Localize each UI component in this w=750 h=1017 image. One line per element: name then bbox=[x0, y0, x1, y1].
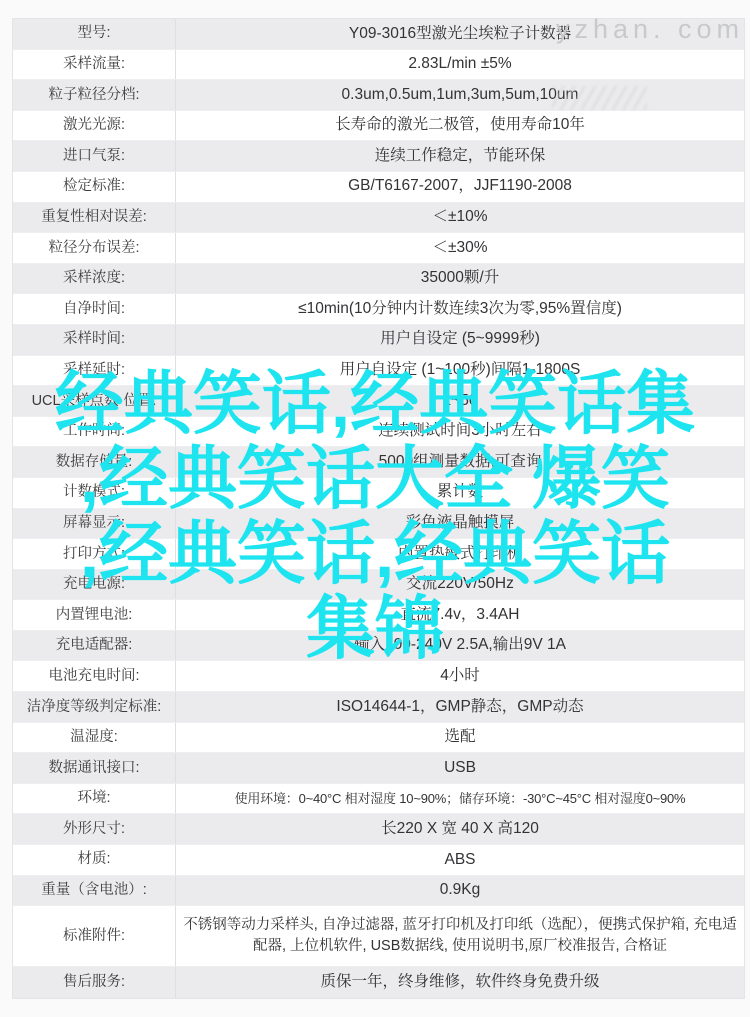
row-label: 外形尺寸: bbox=[13, 814, 176, 844]
row-label: 型号: bbox=[13, 19, 176, 49]
table-row: 材质:ABS bbox=[13, 845, 744, 876]
row-value: 质保一年，终身维修，软件终身免费升级 bbox=[176, 967, 744, 998]
row-label: 粒径分布误差: bbox=[13, 233, 176, 263]
row-label: 数据通讯接口: bbox=[13, 753, 176, 783]
row-value: 0.3um,0.5um,1um,3um,5um,10um bbox=[176, 80, 744, 110]
row-value: 不锈钢等动力采样头, 自净过滤器, 蓝牙打印机及打印纸（选配），便携式保护箱, … bbox=[176, 906, 744, 966]
row-label: 采样流量: bbox=[13, 50, 176, 80]
row-label: 粒子粒径分档: bbox=[13, 80, 176, 110]
table-row: 激光光源:长寿命的激光二极管，使用寿命10年 bbox=[13, 111, 744, 142]
row-value: 连续工作稳定，节能环保 bbox=[176, 141, 744, 171]
row-value: 选配 bbox=[176, 723, 744, 753]
table-row: 采样流量:2.83L/min ±5% bbox=[13, 50, 744, 81]
row-value: GB/T6167-2007，JJF1190-2008 bbox=[176, 172, 744, 202]
row-label: 环境: bbox=[13, 784, 176, 814]
row-label: 采样时间: bbox=[13, 325, 176, 355]
row-value: ABS bbox=[176, 845, 744, 875]
overlay-line: ,经典笑话,经典笑话 bbox=[0, 516, 750, 591]
row-value: ＜±30% bbox=[176, 233, 744, 263]
row-value: 长220 X 宽 40 X 高120 bbox=[176, 814, 744, 844]
row-label: 采样浓度: bbox=[13, 264, 176, 294]
table-row: 重复性相对误差:＜±10% bbox=[13, 203, 744, 234]
table-row: 粒径分布误差:＜±30% bbox=[13, 233, 744, 264]
row-label: 材质: bbox=[13, 845, 176, 875]
overlay-line: ,经典笑话大全 爆笑 bbox=[0, 441, 750, 516]
row-value: USB bbox=[176, 753, 744, 783]
overlay-line: 集锦 bbox=[0, 591, 750, 666]
row-label: 自净时间: bbox=[13, 294, 176, 324]
overlay-line: 经典笑话,经典笑话集 bbox=[0, 366, 750, 441]
table-row: 采样浓度:35000颗/升 bbox=[13, 264, 744, 295]
table-row: 进口气泵:连续工作稳定，节能环保 bbox=[13, 141, 744, 172]
row-value: ≤10min(10分钟内计数连续3次为零,95%置信度) bbox=[176, 294, 744, 324]
table-row: 标准附件:不锈钢等动力采样头, 自净过滤器, 蓝牙打印机及打印纸（选配），便携式… bbox=[13, 906, 744, 967]
row-label: 售后服务: bbox=[13, 967, 176, 998]
table-row: 重量（含电池）:0.9Kg bbox=[13, 876, 744, 907]
row-value: ＜±10% bbox=[176, 203, 744, 233]
row-value: 35000颗/升 bbox=[176, 264, 744, 294]
table-row: 外形尺寸:长220 X 宽 40 X 高120 bbox=[13, 814, 744, 845]
row-value: 2.83L/min ±5% bbox=[176, 50, 744, 80]
table-row: 售后服务:质保一年，终身维修，软件终身免费升级 bbox=[13, 967, 744, 998]
row-label: 检定标准: bbox=[13, 172, 176, 202]
table-row: 采样时间:用户自设定 (5~9999秒) bbox=[13, 325, 744, 356]
row-label: 洁净度等级判定标准: bbox=[13, 692, 176, 722]
table-row: 数据通讯接口:USB bbox=[13, 753, 744, 784]
table-row: 自净时间:≤10min(10分钟内计数连续3次为零,95%置信度) bbox=[13, 294, 744, 325]
row-value: 用户自设定 (5~9999秒) bbox=[176, 325, 744, 355]
table-row: 检定标准:GB/T6167-2007，JJF1190-2008 bbox=[13, 172, 744, 203]
row-label: 重复性相对误差: bbox=[13, 203, 176, 233]
row-value: 0.9Kg bbox=[176, 876, 744, 906]
row-label: 温湿度: bbox=[13, 723, 176, 753]
watermark-top-right: yzhan. com bbox=[556, 14, 744, 45]
row-label: 标准附件: bbox=[13, 906, 176, 966]
row-label: 进口气泵: bbox=[13, 141, 176, 171]
row-label: 激光光源: bbox=[13, 111, 176, 141]
table-row: 环境:使用环境：0~40°C 相对湿度 10~90%；储存环境：-30°C~45… bbox=[13, 784, 744, 815]
table-row: 温湿度:选配 bbox=[13, 723, 744, 754]
row-value: 长寿命的激光二极管，使用寿命10年 bbox=[176, 111, 744, 141]
row-value: 使用环境：0~40°C 相对湿度 10~90%；储存环境：-30°C~45°C … bbox=[176, 784, 744, 814]
watermark-smudge bbox=[552, 86, 647, 110]
table-row: 洁净度等级判定标准:ISO14644-1，GMP静态，GMP动态 bbox=[13, 692, 744, 723]
row-value: ISO14644-1，GMP静态，GMP动态 bbox=[176, 692, 744, 722]
keyword-overlay: 经典笑话,经典笑话集,经典笑话大全 爆笑,经典笑话,经典笑话集锦 bbox=[0, 366, 750, 666]
row-label: 重量（含电池）: bbox=[13, 876, 176, 906]
